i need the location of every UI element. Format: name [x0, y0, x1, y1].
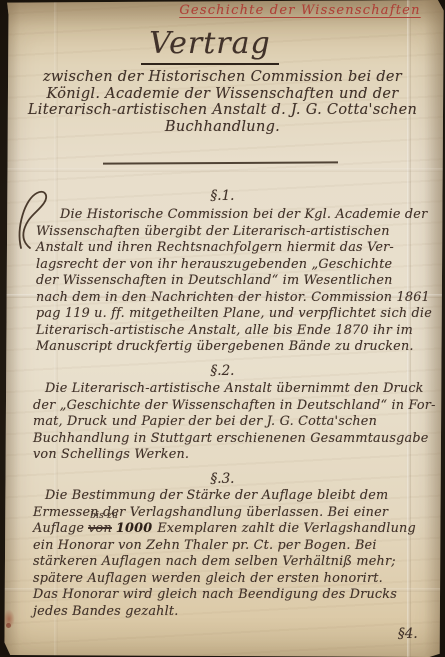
body-line: nach dem in den Nachrichten der histor. … — [36, 290, 438, 307]
section-1-body: Die Historische Commission bei der Kgl. … — [36, 207, 438, 356]
body-line: Literarisch-artistische Anstalt, alle bi… — [36, 323, 438, 340]
section-3-body: Die Bestimmung der Stärke der Auflage bl… — [33, 488, 435, 620]
struck-word: von — [88, 521, 112, 536]
scan-background: Geschichte der Wissenschaften Vertrag zw… — [0, 0, 445, 657]
manuscript-page: Geschichte der Wissenschaften Vertrag zw… — [0, 0, 445, 657]
body-line: mat, Druck und Papier der bei der J. G. … — [33, 414, 435, 431]
body-line: stärkeren Auflagen nach dem selben Verhä… — [33, 554, 435, 571]
body-line: der „Geschichte der Wissenschaften in De… — [33, 398, 435, 415]
body-line: Die Bestimmung der Stärke der Auflage bl… — [33, 488, 435, 505]
section-2-body: Die Literarisch-artistische Anstalt über… — [33, 381, 435, 464]
section-1-heading: §.1. — [0, 188, 445, 204]
section-3-heading: §.3. — [0, 471, 445, 487]
body-line: lagsrecht der von ihr herauszugebenden „… — [36, 257, 438, 274]
preamble: zwischen der Historischen Commission bei… — [0, 69, 445, 135]
body-line: ein Honorar von Zehn Thaler pr. Ct. per … — [33, 538, 435, 555]
body-line: Wissenschaften übergibt der Literarisch-… — [36, 224, 438, 241]
preamble-line: Buchhandlung. — [0, 119, 445, 136]
amend-post: Exemplaren zahlt die Verlagshandlung — [157, 521, 416, 536]
body-line: der Wissenschaften in Deutschland“ im We… — [36, 273, 438, 290]
inserted-correction: bis zu — [90, 512, 118, 521]
body-line: pag 119 u. ff. mitgetheilten Plane, und … — [36, 306, 438, 323]
body-line: Die Historische Commission bei der Kgl. … — [36, 207, 438, 224]
document-title: Vertrag — [141, 26, 279, 65]
preamble-line: Königl. Academie der Wissenschaften und … — [0, 86, 445, 103]
body-line: spätere Auflagen werden gleich der erste… — [33, 571, 435, 588]
body-line: Buchhandlung in Stuttgart erschienenen G… — [33, 431, 435, 448]
body-line: Die Literarisch-artistische Anstalt über… — [33, 381, 435, 398]
header-divider — [103, 161, 338, 164]
archival-annotation: Geschichte der Wissenschaften — [90, 3, 445, 18]
red-stain — [1, 606, 17, 632]
title-block: Vertrag — [0, 26, 420, 65]
section-2-heading: §.2. — [0, 363, 445, 379]
body-line: Manuscript druckfertig übergebenen Bände… — [36, 339, 438, 356]
preamble-line: Literarisch-artistischen Anstalt d. J. G… — [0, 102, 445, 119]
ink-stain — [6, 623, 11, 628]
fold-crease-horizontal-upper — [0, 168, 445, 172]
body-line: jedes Bandes gezahlt. — [33, 604, 435, 621]
body-line: Anstalt und ihren Rechtsnachfolgern hier… — [36, 240, 438, 257]
amendment: vonbis zu — [88, 521, 112, 538]
amended-line: Auflagevonbis zu1000Exemplaren zahlt die… — [33, 521, 435, 538]
preamble-line: zwischen der Historischen Commission bei… — [0, 69, 445, 86]
print-run-number: 1000 — [116, 521, 152, 536]
body-line: Das Honorar wird gleich nach Beendigung … — [33, 587, 435, 604]
amend-pre: Auflage — [33, 521, 84, 536]
body-line: von Schellings Werken. — [33, 447, 435, 464]
next-section-mark: §4. — [398, 626, 418, 642]
